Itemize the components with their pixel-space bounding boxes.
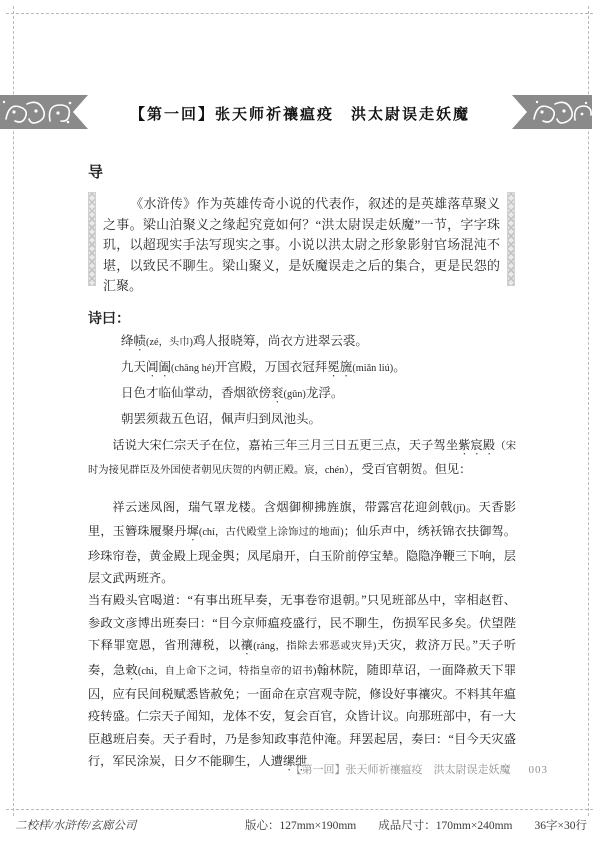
text-run: 翰林院，随即草诏，一面降赦天下罪囚，应有民间税赋悉皆赦免；一面命在京宫观寺院，修… [88,663,516,769]
trim-line-top [6,13,593,14]
poem-line: 绛帻(zé，头巾)鸡人报晓筹，尚衣方进翠云裘。 [121,329,406,355]
inline-annotation: (miǎn liú) [352,363,393,374]
text-run: 话说大宋仁宗天子在位，嘉祐三年三月三日五更三点，天子驾坐 [112,438,458,452]
text-run: 祥云迷凤阁，瑞气罩龙楼。含烟御柳拂旌旗，带露宫花迎剑戟 [112,500,453,514]
guide-section-label: 导 [88,161,103,182]
text-run: 朝罢须裁五色诏，佩声归到凤池头。 [121,412,321,426]
main-paragraph: 话说大宋仁宗天子在位，嘉祐三年三月三日五更三点，天子驾坐紫宸殿（宋时为接见群臣及… [88,434,516,483]
dragon-pattern-icon [0,95,88,129]
main-text: 话说大宋仁宗天子在位，嘉祐三年三月三日五更三点，天子驾坐紫宸殿（宋时为接见群臣及… [88,434,516,774]
dragon-pattern-icon [512,95,592,129]
running-footer: 【第一回】张天师祈禳瘟疫 洪太尉误走妖魔003 [0,761,548,777]
emphasized-text: 紫宸殿 [458,438,495,452]
emphasized-text: 冕旒 [327,360,352,374]
text-run: ，受百官朝贺。但见： [349,462,471,476]
trim-size-spec: 成品尺寸：170mm×240mm [378,817,512,833]
text-run: 鸡人报晓筹，尚衣方进翠云裘。 [193,334,368,348]
chapter-banner-left [0,95,88,129]
lattice-border-right-icon [507,192,515,286]
guide-box: 《水浒传》作为英雄传奇小说的代表作，叙述的是英雄落草聚义之事。梁山泊聚义之缘起究… [88,192,515,286]
emphasized-text: 禳 [241,638,254,652]
text-run: 九天 [121,360,146,374]
inline-annotation: (chāng hé) [171,363,215,374]
production-info-bar: 二校样/水浒传/玄廊公司 版心：127mm×190mm 成品尺寸：170mm×2… [15,817,587,833]
poem-line: 朝罢须裁五色诏，佩声归到凤池头。 [121,407,406,431]
grid-spec: 36字×30行 [535,817,588,833]
text-run: 龙浮。 [306,386,344,400]
lattice-border-left-icon [88,192,96,286]
chapter-title: 【第一回】张天师祈禳瘟疫 洪太尉误走妖魔 [92,103,508,124]
emphasized-text: 敕 [125,663,137,677]
book-page: 【第一回】张天师祈禳瘟疫 洪太尉误走妖魔 导 《水浒传》作为英雄传奇小说的代表作… [0,0,600,844]
poem-block: 绛帻(zé，头巾)鸡人报晓筹，尚衣方进翠云裘。 九天阊阖(chāng hé)开宫… [121,329,406,431]
poem-line: 日色才临仙掌动，香烟欲傍衮(gǔn)龙浮。 [121,381,406,407]
text-run: 开宫殿，万国衣冠拜 [215,360,328,374]
inline-annotation: (ráng，指除去邪恶或灾异) [253,641,376,652]
inline-annotation: (zé，头巾) [146,337,193,348]
main-paragraph: 当有殿头官喝道：“有事出班早奏，无事卷帘退朝。”只见班部丛中，宰相赵哲、参政文彦… [88,589,516,774]
text-run: 。 [393,360,406,374]
emphasized-text: 阊阖 [146,360,171,374]
type-area-spec: 版心：127mm×190mm [245,817,356,833]
layout-specs: 版心：127mm×190mm 成品尺寸：170mm×240mm 36字×30行 [245,817,587,833]
page-number: 003 [529,764,549,776]
guide-text: 《水浒传》作为英雄传奇小说的代表作，叙述的是英雄落草聚义之事。梁山泊聚义之缘起究… [96,192,507,286]
emphasized-text: 帻 [134,334,147,348]
running-footer-title: 【第一回】张天师祈禳瘟疫 洪太尉误走妖魔 [291,764,511,776]
chapter-banner-right [512,95,592,129]
inline-annotation: (gǔn) [284,389,306,400]
main-paragraph: 祥云迷凤阁，瑞气罩龙楼。含烟御柳拂旌旗，带露宫花迎剑戟(jǐ)。天香影里，玉簪珠… [88,496,516,590]
inline-annotation: (chí，古代殿堂上涂饰过的地面) [199,527,344,538]
emphasized-text: 墀 [187,524,199,538]
proof-info: 二校样/水浒传/玄廊公司 [15,817,136,833]
poem-section-label: 诗曰： [88,308,130,328]
emphasized-text: 衮 [271,386,284,400]
text-run: 日色才临仙掌动，香烟欲傍 [121,386,271,400]
poem-line: 九天阊阖(chāng hé)开宫殿，万国衣冠拜冕旒(miǎn liú)。 [121,355,406,381]
text-run: 绛 [121,334,134,348]
inline-annotation: (jǐ) [453,503,466,514]
trim-line-bottom [6,809,593,810]
inline-annotation: (chì，自上命下之词，特指皇帝的诏书) [138,666,317,677]
